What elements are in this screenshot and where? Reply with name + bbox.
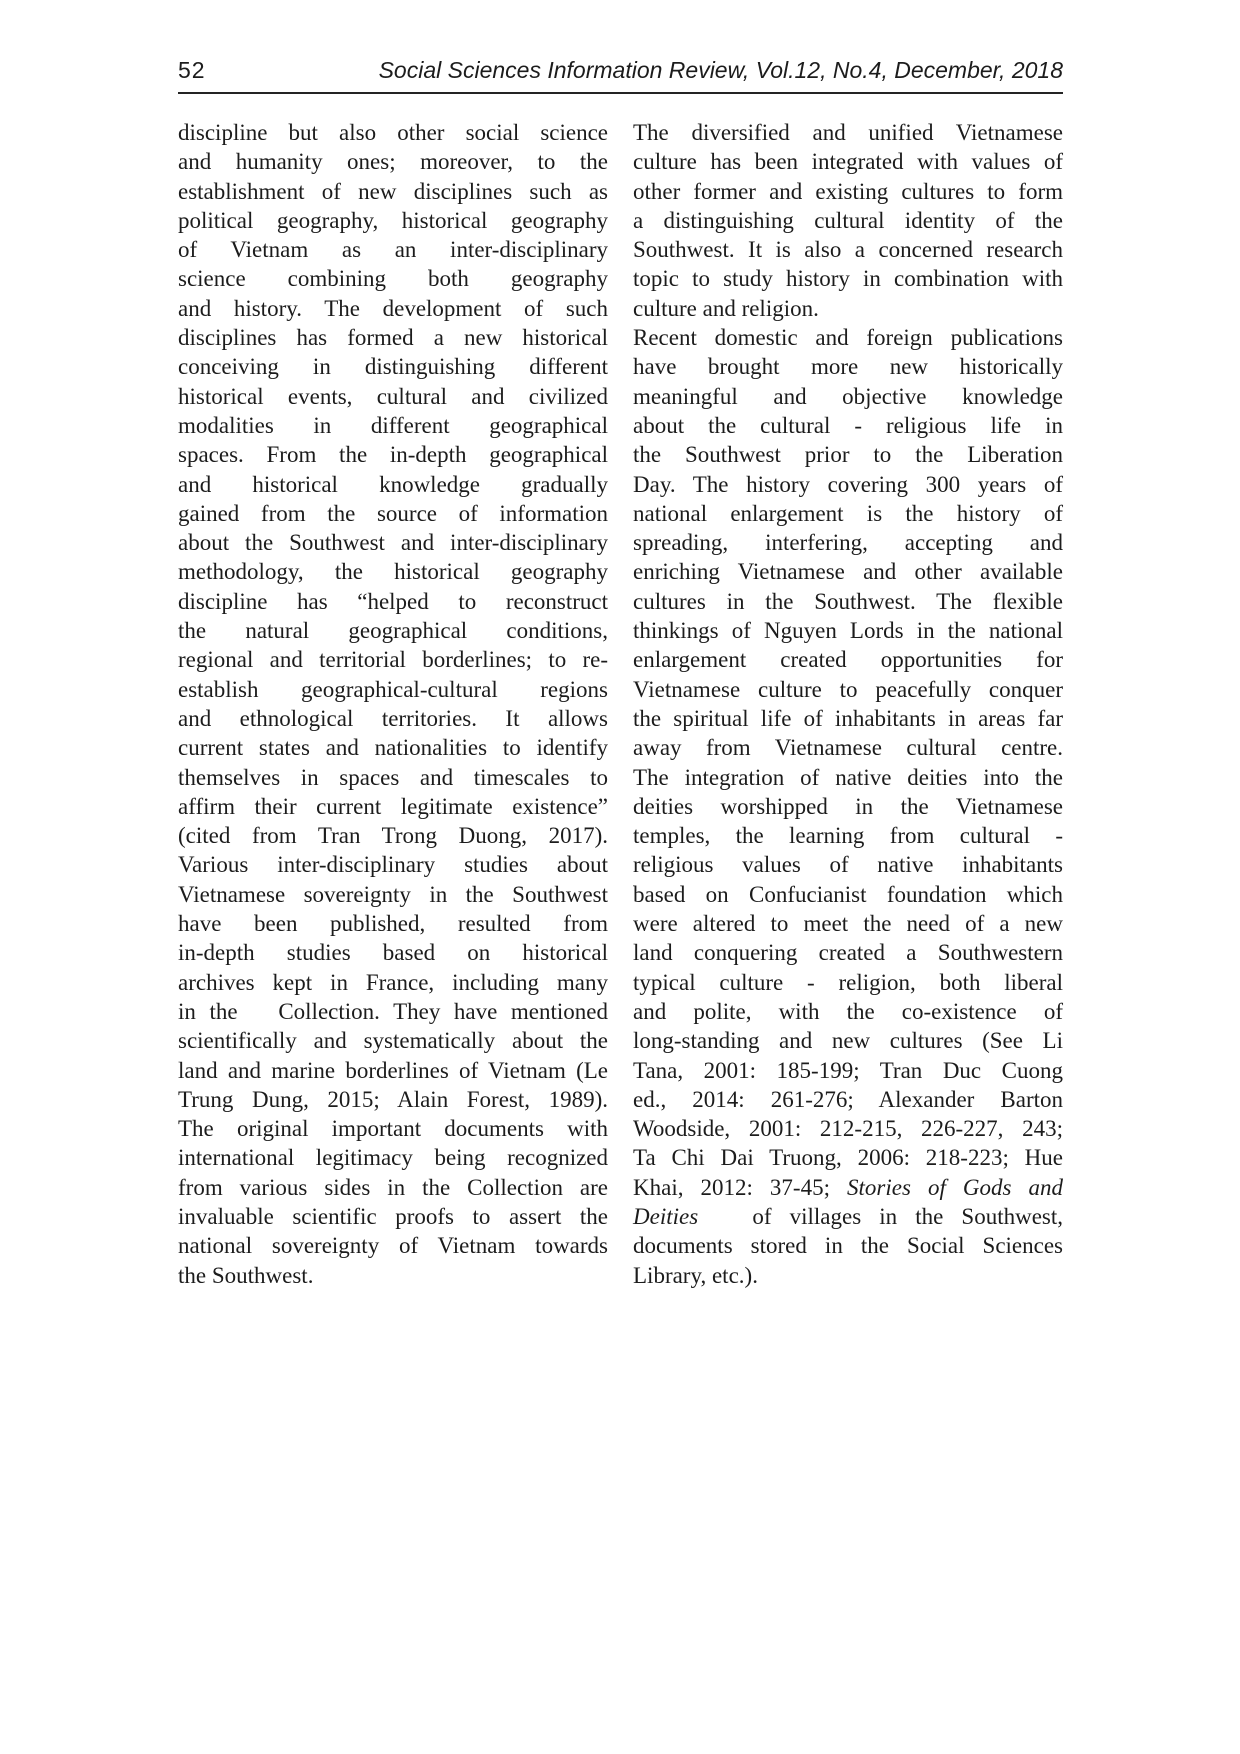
paragraph: The diversified and unified Vietnamesecu… — [633, 118, 1063, 323]
text-line: about the Southwest and inter-disciplina… — [178, 528, 608, 557]
text-line: in the Collection. They have mentioned — [178, 997, 608, 1026]
page-number: 52 — [178, 57, 206, 83]
text-line: the Southwest. — [178, 1261, 608, 1290]
text-line: themselves in spaces and timescales to — [178, 763, 608, 792]
text-line: the spiritual life of inhabitants in are… — [633, 704, 1063, 733]
text-line: conceiving in distinguishing different — [178, 352, 608, 381]
text-line: methodology, the historical geography — [178, 557, 608, 586]
text-line: other former and existing cultures to fo… — [633, 177, 1063, 206]
text-line: archives kept in France, including many — [178, 968, 608, 997]
text-line: national sovereignty of Vietnam towards — [178, 1231, 608, 1260]
regular-text: Khai, 2012: 37-45; — [633, 1175, 847, 1200]
text-line: Library, etc.). — [633, 1261, 1063, 1290]
text-line: historical events, cultural and civilize… — [178, 382, 608, 411]
text-line: typical culture - religion, both liberal — [633, 968, 1063, 997]
text-line: scientifically and systematically about … — [178, 1026, 608, 1055]
text-line: deities worshipped in the Vietnamese — [633, 792, 1063, 821]
running-head: 52 Social Sciences Information Review, V… — [178, 57, 1063, 94]
text-line: and history. The development of such — [178, 294, 608, 323]
text-line: Recent domestic and foreign publications — [633, 323, 1063, 352]
paragraph: discipline but also other social science… — [178, 118, 608, 1290]
text-line: of Vietnam as an inter-disciplinary — [178, 235, 608, 264]
left-text-column: discipline but also other social science… — [178, 118, 608, 1290]
text-line: in-depth studies based on historical — [178, 938, 608, 967]
text-line: national enlargement is the history of — [633, 499, 1063, 528]
text-line: a distinguishing cultural identity of th… — [633, 206, 1063, 235]
text-line: the Southwest prior to the Liberation — [633, 440, 1063, 469]
text-line: international legitimacy being recognize… — [178, 1143, 608, 1172]
text-line: thinkings of Nguyen Lords in the nationa… — [633, 616, 1063, 645]
text-line: land conquering created a Southwestern — [633, 938, 1063, 967]
text-line: gained from the source of information — [178, 499, 608, 528]
text-line: spreading, interfering, accepting and — [633, 528, 1063, 557]
text-line: disciplines has formed a new historical — [178, 323, 608, 352]
text-line: ed., 2014: 261-276; Alexander Barton — [633, 1085, 1063, 1114]
text-line: meaningful and objective knowledge — [633, 382, 1063, 411]
text-line: have been published, resulted from — [178, 909, 608, 938]
text-line: The diversified and unified Vietnamese — [633, 118, 1063, 147]
text-line: the natural geographical conditions, — [178, 616, 608, 645]
text-line: Various inter-disciplinary studies about — [178, 850, 608, 879]
text-line: and polite, with the co-existence of — [633, 997, 1063, 1026]
journal-title: Social Sciences Information Review, Vol.… — [379, 57, 1063, 83]
text-line: Tana, 2001: 185-199; Tran Duc Cuong — [633, 1056, 1063, 1085]
text-line: The integration of native deities into t… — [633, 763, 1063, 792]
text-line: spaces. From the in-depth geographical — [178, 440, 608, 469]
text-line: The original important documents with — [178, 1114, 608, 1143]
text-line: enriching Vietnamese and other available — [633, 557, 1063, 586]
text-line: were altered to meet the need of a new — [633, 909, 1063, 938]
text-line: regional and territorial borderlines; to… — [178, 645, 608, 674]
text-line: current states and nationalities to iden… — [178, 733, 608, 762]
text-line: Vietnamese sovereignty in the Southwest — [178, 880, 608, 909]
text-line: and ethnological territories. It allows — [178, 704, 608, 733]
text-line: political geography, historical geograph… — [178, 206, 608, 235]
text-line: Day. The history covering 300 years of — [633, 470, 1063, 499]
text-line: discipline has “helped to reconstruct — [178, 587, 608, 616]
text-line: temples, the learning from cultural - — [633, 821, 1063, 850]
text-line: discipline but also other social science — [178, 118, 608, 147]
text-line: topic to study history in combination wi… — [633, 264, 1063, 293]
text-line: land and marine borderlines of Vietnam (… — [178, 1056, 608, 1085]
italic-text: Stories of Gods and — [847, 1175, 1063, 1200]
text-line: Khai, 2012: 37-45; Stories of Gods and — [633, 1173, 1063, 1202]
text-line: from various sides in the Collection are — [178, 1173, 608, 1202]
text-line: Ta Chi Dai Truong, 2006: 218-223; Hue — [633, 1143, 1063, 1172]
text-line: cultures in the Southwest. The flexible — [633, 587, 1063, 616]
italic-text: Deities — [633, 1204, 698, 1229]
text-line: invaluable scientific proofs to assert t… — [178, 1202, 608, 1231]
right-text-column: The diversified and unified Vietnamesecu… — [633, 118, 1063, 1290]
regular-text: of villages in the Southwest, — [698, 1204, 1063, 1229]
text-line: establishment of new disciplines such as — [178, 177, 608, 206]
text-line: Deities of villages in the Southwest, — [633, 1202, 1063, 1231]
text-line: Woodside, 2001: 212-215, 226-227, 243; — [633, 1114, 1063, 1143]
text-line: based on Confucianist foundation which — [633, 880, 1063, 909]
paragraph: Recent domestic and foreign publications… — [633, 323, 1063, 1290]
text-line: Southwest. It is also a concerned resear… — [633, 235, 1063, 264]
text-line: modalities in different geographical — [178, 411, 608, 440]
text-line: long-standing and new cultures (See Li — [633, 1026, 1063, 1055]
text-line: documents stored in the Social Sciences — [633, 1231, 1063, 1260]
text-line: Vietnamese culture to peacefully conquer — [633, 675, 1063, 704]
text-line: religious values of native inhabitants — [633, 850, 1063, 879]
text-line: enlargement created opportunities for — [633, 645, 1063, 674]
two-column-body: discipline but also other social science… — [178, 118, 1063, 1290]
text-line: culture has been integrated with values … — [633, 147, 1063, 176]
journal-page: 52 Social Sciences Information Review, V… — [0, 0, 1240, 1754]
text-line: Trung Dung, 2015; Alain Forest, 1989). — [178, 1085, 608, 1114]
text-line: affirm their current legitimate existenc… — [178, 792, 608, 821]
text-line: (cited from Tran Trong Duong, 2017). — [178, 821, 608, 850]
text-line: establish geographical-cultural regions — [178, 675, 608, 704]
text-line: culture and religion. — [633, 294, 1063, 323]
text-line: science combining both geography — [178, 264, 608, 293]
text-line: and historical knowledge gradually — [178, 470, 608, 499]
text-line: and humanity ones; moreover, to the — [178, 147, 608, 176]
text-line: away from Vietnamese cultural centre. — [633, 733, 1063, 762]
text-line: about the cultural - religious life in — [633, 411, 1063, 440]
text-line: have brought more new historically — [633, 352, 1063, 381]
